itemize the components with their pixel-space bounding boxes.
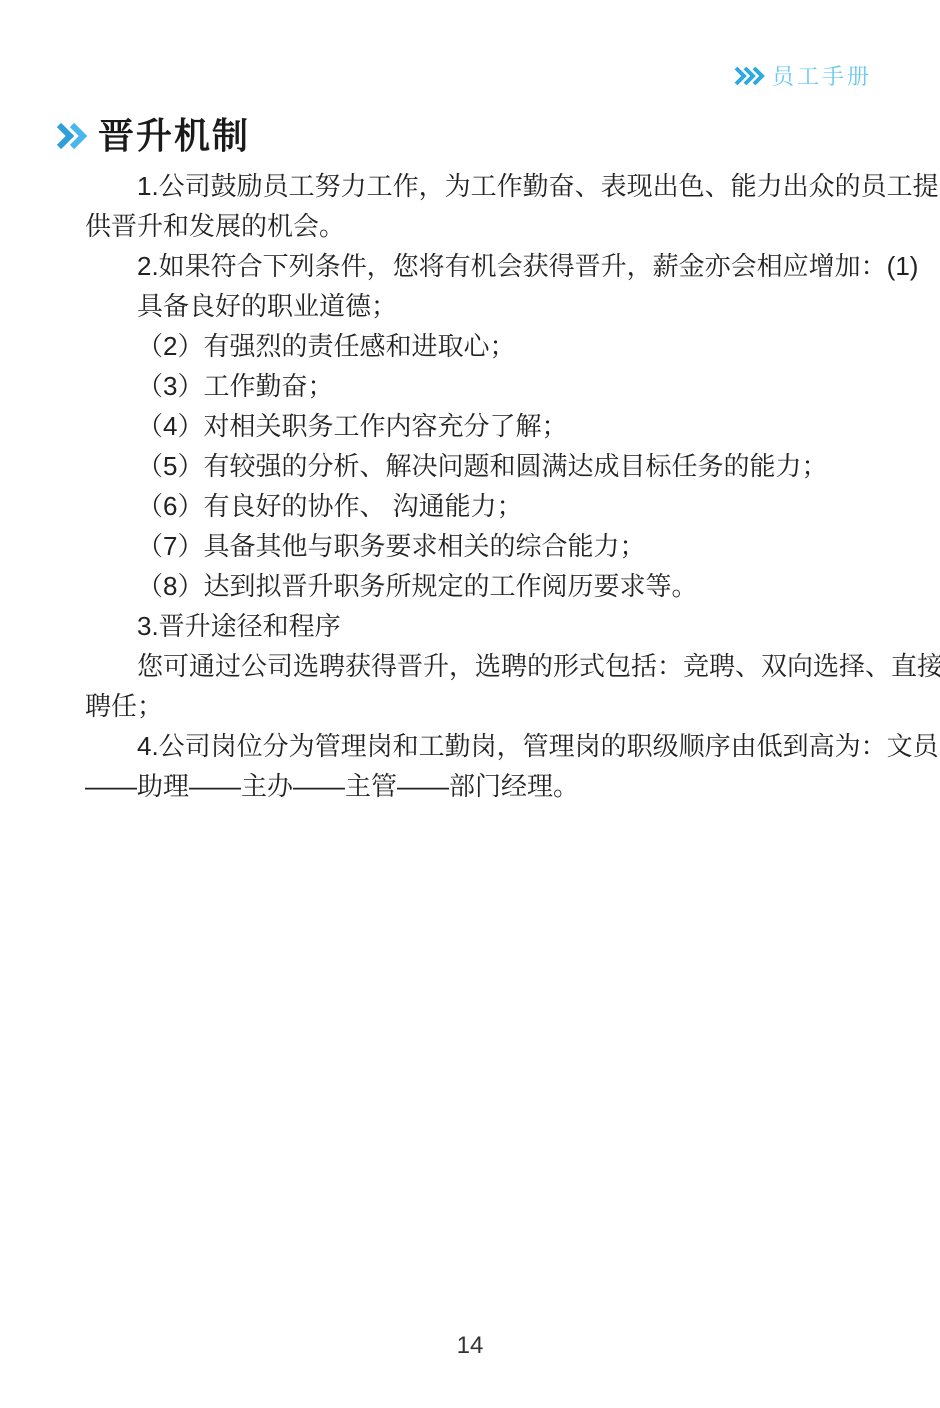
body-line: 聘任； <box>85 686 885 726</box>
double-chevron-icon <box>56 122 88 150</box>
body-content: 1.公司鼓励员工努力工作，为工作勤奋、表现出色、能力出众的员工提供晋升和发展的机… <box>85 166 885 806</box>
section-title-row: 晋升机制 <box>56 118 250 154</box>
body-line: 您可通过公司选聘获得晋升，选聘的形式包括：竞聘、双向选择、直接 <box>85 646 885 686</box>
body-line: 4.公司岗位分为管理岗和工勤岗，管理岗的职级顺序由低到高为：文员 <box>85 726 885 766</box>
body-line: （6）有良好的协作、 沟通能力； <box>85 486 885 526</box>
page-header: 员工手册 <box>734 60 872 91</box>
triple-chevron-icon <box>734 66 766 86</box>
body-line: （7）具备其他与职务要求相关的综合能力； <box>85 526 885 566</box>
page-number: 14 <box>0 1332 940 1360</box>
handbook-page: 员工手册 晋升机制 1.公司鼓励员工努力工作，为工作勤奋、表现出色、能力出众的员… <box>0 0 940 1408</box>
body-line: 供晋升和发展的机会。 <box>85 206 885 246</box>
body-line: ——助理——主办——主管——部门经理。 <box>85 766 885 806</box>
body-line: 具备良好的职业道德； <box>85 286 885 326</box>
body-line: （2）有强烈的责任感和进取心； <box>85 326 885 366</box>
header-title: 员工手册 <box>772 60 872 91</box>
body-line: 2.如果符合下列条件，您将有机会获得晋升，薪金亦会相应增加：(1) <box>85 246 885 286</box>
body-line: （4）对相关职务工作内容充分了解； <box>85 406 885 446</box>
body-line: 3.晋升途径和程序 <box>85 606 885 646</box>
body-line: （5）有较强的分析、解决问题和圆满达成目标任务的能力； <box>85 446 885 486</box>
body-line: （3）工作勤奋； <box>85 366 885 406</box>
body-line: （8）达到拟晋升职务所规定的工作阅历要求等。 <box>85 566 885 606</box>
section-title: 晋升机制 <box>98 118 250 154</box>
body-line: 1.公司鼓励员工努力工作，为工作勤奋、表现出色、能力出众的员工提 <box>85 166 885 206</box>
